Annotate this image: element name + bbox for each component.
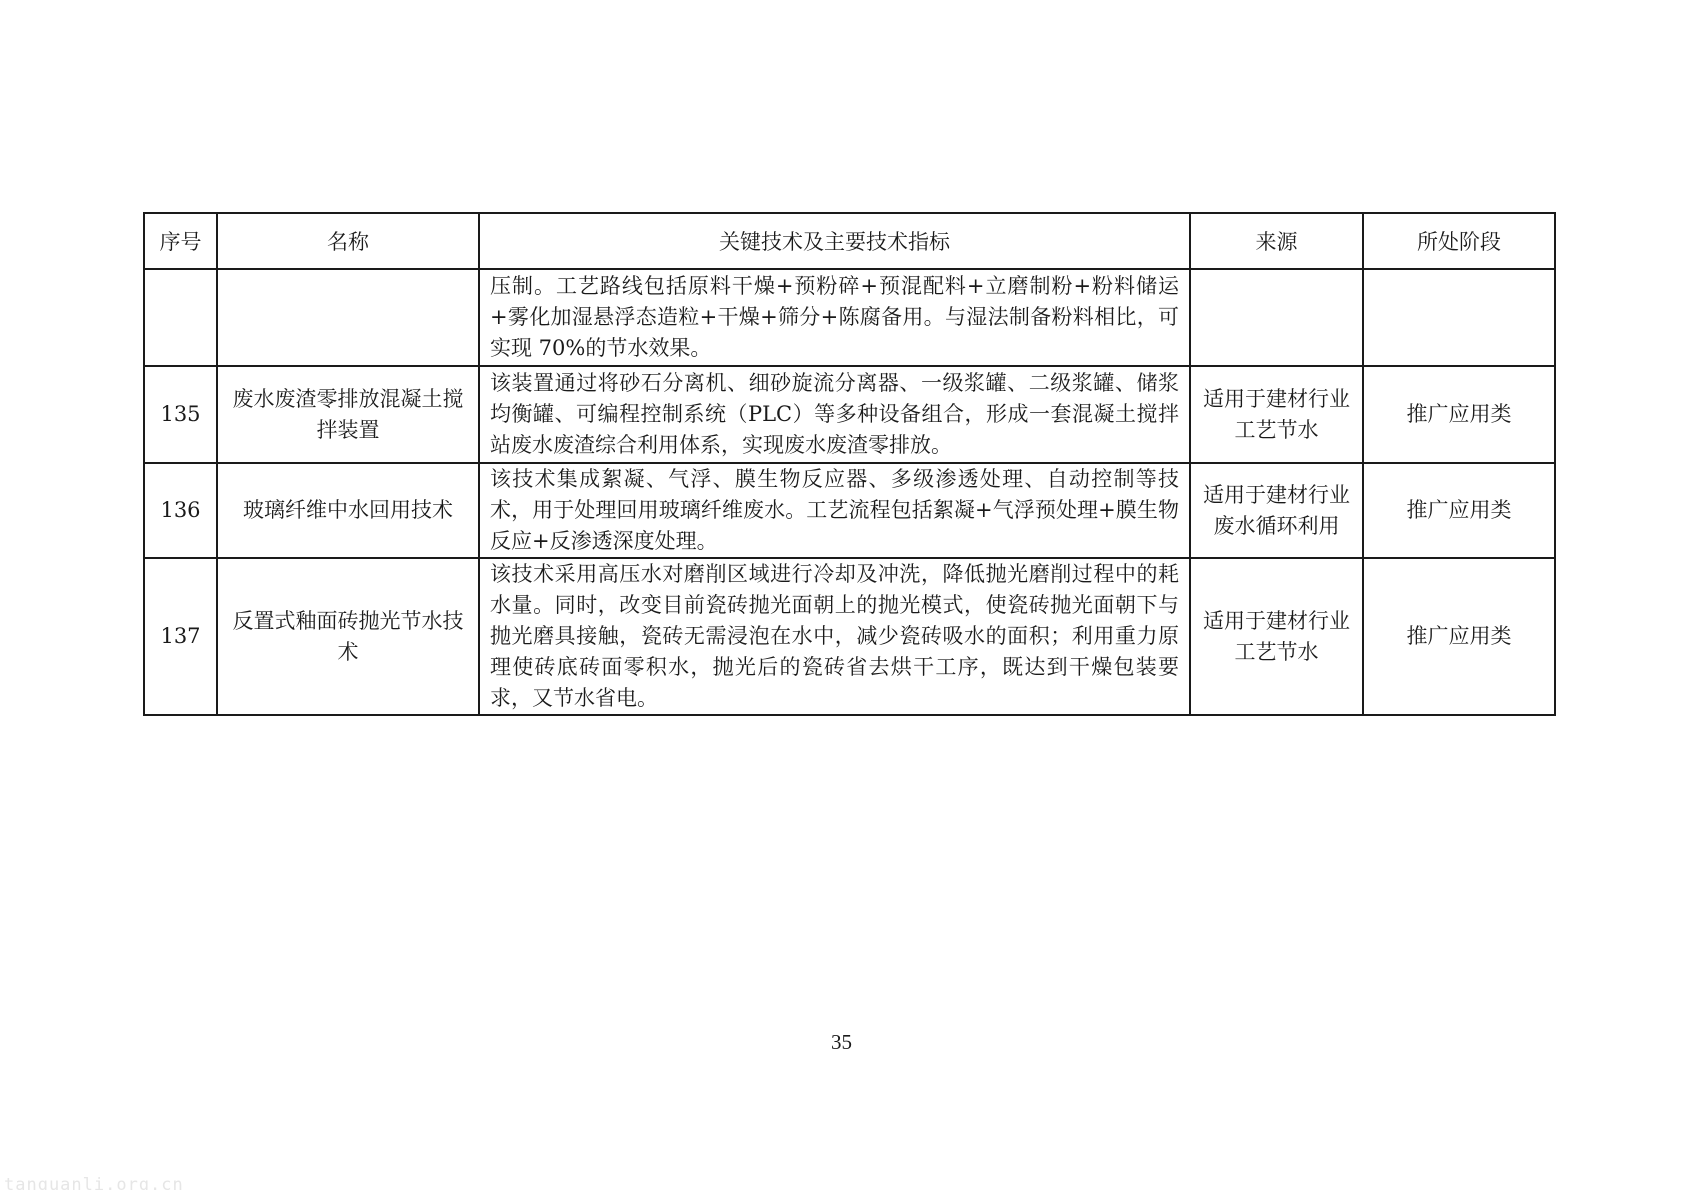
header-num: 序号 — [144, 213, 217, 269]
header-source: 来源 — [1190, 213, 1363, 269]
cell-num: 135 — [144, 366, 217, 463]
cell-name: 废水废渣零排放混凝土搅拌装置 — [217, 366, 479, 463]
cell-name: 玻璃纤维中水回用技术 — [217, 463, 479, 558]
technology-table: 序号 名称 关键技术及主要技术指标 来源 所处阶段 压制。工艺路线包括原料干燥+… — [143, 212, 1556, 716]
cell-source: 适用于建材行业工艺节水 — [1190, 366, 1363, 463]
header-stage: 所处阶段 — [1363, 213, 1555, 269]
table-row: 压制。工艺路线包括原料干燥+预粉碎+预混配料+立磨制粉+粉料储运+雾化加湿悬浮态… — [144, 269, 1555, 366]
cell-desc: 该装置通过将砂石分离机、细砂旋流分离器、一级浆罐、二级浆罐、储浆均衡罐、可编程控… — [479, 366, 1190, 463]
cell-source: 适用于建材行业废水循环利用 — [1190, 463, 1363, 558]
cell-desc: 该技术集成絮凝、气浮、膜生物反应器、多级渗透处理、自动控制等技术，用于处理回用玻… — [479, 463, 1190, 558]
cell-num — [144, 269, 217, 366]
header-name: 名称 — [217, 213, 479, 269]
cell-num: 137 — [144, 558, 217, 715]
page-number: 35 — [0, 1030, 1683, 1055]
cell-desc: 该技术采用高压水对磨削区域进行冷却及冲洗，降低抛光磨削过程中的耗水量。同时，改变… — [479, 558, 1190, 715]
watermark: tanguanli.org.cn — [4, 1175, 184, 1190]
table-row: 135 废水废渣零排放混凝土搅拌装置 该装置通过将砂石分离机、细砂旋流分离器、一… — [144, 366, 1555, 463]
cell-num: 136 — [144, 463, 217, 558]
table-row: 137 反置式釉面砖抛光节水技术 该技术采用高压水对磨削区域进行冷却及冲洗，降低… — [144, 558, 1555, 715]
table-row: 136 玻璃纤维中水回用技术 该技术集成絮凝、气浮、膜生物反应器、多级渗透处理、… — [144, 463, 1555, 558]
cell-desc: 压制。工艺路线包括原料干燥+预粉碎+预混配料+立磨制粉+粉料储运+雾化加湿悬浮态… — [479, 269, 1190, 366]
header-desc: 关键技术及主要技术指标 — [479, 213, 1190, 269]
cell-stage: 推广应用类 — [1363, 463, 1555, 558]
cell-name — [217, 269, 479, 366]
cell-source: 适用于建材行业工艺节水 — [1190, 558, 1363, 715]
cell-stage: 推广应用类 — [1363, 366, 1555, 463]
cell-stage — [1363, 269, 1555, 366]
cell-source — [1190, 269, 1363, 366]
table-header-row: 序号 名称 关键技术及主要技术指标 来源 所处阶段 — [144, 213, 1555, 269]
cell-stage: 推广应用类 — [1363, 558, 1555, 715]
cell-name: 反置式釉面砖抛光节水技术 — [217, 558, 479, 715]
